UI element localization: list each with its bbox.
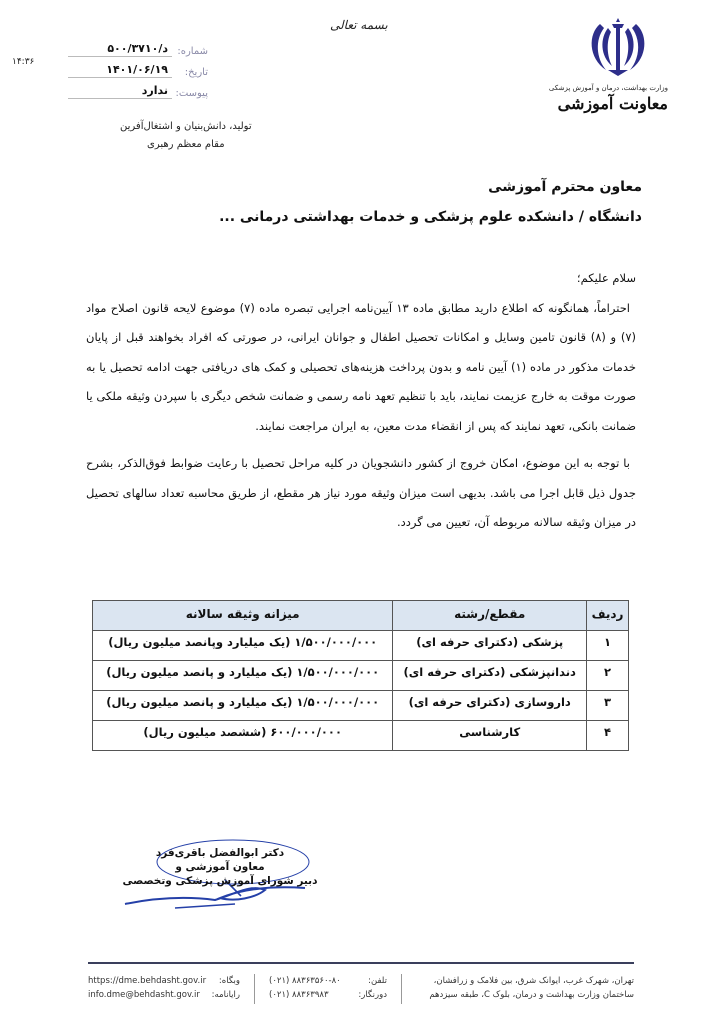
footer-separator bbox=[401, 974, 402, 1004]
fax-label: دورنگار: bbox=[358, 988, 387, 1002]
fax-value: (۰۲۱) ۸۸۳۶۳۹۸۳ bbox=[269, 988, 329, 1002]
date-label: تاریخ: bbox=[172, 67, 208, 78]
phone-value: (۰۲۱) ۸۸۳۶۳۵۶۰-۸۰ bbox=[269, 974, 341, 988]
footer-separator bbox=[254, 974, 255, 1004]
footer-web: https://dme.behdasht.gov.ir وبگاه: info.… bbox=[88, 970, 240, 1010]
table-row: ۲ دندانپزشکی (دکترای حرفه ای) ۱/۵۰۰/۰۰۰/… bbox=[93, 661, 629, 691]
table-header-row: ردیف مقطع/رشته میزانه وثیقه سالانه bbox=[93, 601, 629, 631]
attachment-label: پیوست: bbox=[172, 88, 208, 99]
addressee-organization: دانشگاه / دانشکده علوم پزشکی و خدمات بهد… bbox=[219, 202, 642, 232]
degree-field: داروسازی (دکترای حرفه ای) bbox=[393, 691, 587, 721]
signatory-title: دبیر شورای آموزش پزشکی وتخصصی bbox=[115, 874, 325, 888]
footer-divider bbox=[88, 962, 634, 964]
addressee-title: معاون محترم آموزشی bbox=[219, 172, 642, 202]
column-header-row-number: ردیف bbox=[587, 601, 629, 631]
signatory-name: دکتر ابوالفضل باقری‌فرد bbox=[115, 846, 325, 860]
guarantee-table: ردیف مقطع/رشته میزانه وثیقه سالانه ۱ پزش… bbox=[92, 600, 629, 751]
letter-date-row: تاریخ: ۱۴۰۱/۰۶/۱۹ bbox=[68, 57, 208, 78]
guarantee-amount: ۱/۵۰۰/۰۰۰/۰۰۰ (یک میلیارد و پانصد میلیون… bbox=[93, 661, 393, 691]
degree-field: پزشکی (دکترای حرفه ای) bbox=[393, 631, 587, 661]
letter-body: سلام علیکم؛ احتراماً، همانگونه که اطلاع … bbox=[86, 264, 636, 540]
table-row: ۱ پزشکی (دکترای حرفه ای) ۱/۵۰۰/۰۰۰/۰۰۰ (… bbox=[93, 631, 629, 661]
letter-footer: تهران، شهرک غرب، ایوانک شرق، بین فلامک و… bbox=[88, 970, 634, 1010]
body-paragraph: احتراماً، همانگونه که اطلاع دارید مطابق … bbox=[86, 294, 636, 442]
iran-emblem-icon bbox=[586, 16, 650, 78]
address-line: ساختمان وزارت بهداشت و درمان، بلوک C، طب… bbox=[416, 988, 634, 1002]
website-label: وبگاه: bbox=[219, 974, 240, 988]
row-number: ۱ bbox=[587, 631, 629, 661]
signatory: دکتر ابوالفضل باقری‌فرد معاون آموزشی و د… bbox=[115, 846, 325, 888]
greeting: سلام علیکم؛ bbox=[86, 264, 636, 294]
number-label: شماره: bbox=[172, 46, 208, 57]
column-header-annual-guarantee: میزانه وثیقه سالانه bbox=[93, 601, 393, 631]
signatory-title: معاون آموزشی و bbox=[115, 860, 325, 874]
bismillah: بسمه تعالی bbox=[330, 18, 388, 32]
email-link[interactable]: info.dme@behdasht.gov.ir bbox=[88, 988, 200, 1002]
number-value: د/۵۰۰/۳۷۱۰ bbox=[68, 42, 172, 57]
deputy-name: معاونت آموزشی bbox=[568, 94, 668, 113]
table-row: ۴ کارشناسی ۶۰۰/۰۰۰/۰۰۰ (ششصد میلیون ریال… bbox=[93, 721, 629, 751]
slogan-attribution: مقام معظم رهبری bbox=[120, 136, 252, 154]
row-number: ۴ bbox=[587, 721, 629, 751]
email-label: رایانامه: bbox=[212, 988, 240, 1002]
address-line: تهران، شهرک غرب، ایوانک شرق، بین فلامک و… bbox=[416, 974, 634, 988]
degree-field: کارشناسی bbox=[393, 721, 587, 751]
footer-phones: تلفن: (۰۲۱) ۸۸۳۶۳۵۶۰-۸۰ دورنگار: (۰۲۱) ۸… bbox=[269, 970, 387, 1010]
row-number: ۳ bbox=[587, 691, 629, 721]
letter-meta: شماره: د/۵۰۰/۳۷۱۰ تاریخ: ۱۴۰۱/۰۶/۱۹ پیوس… bbox=[68, 36, 208, 99]
year-slogan: تولید، دانش‌بنیان و اشتغال‌آفرین مقام مع… bbox=[120, 118, 252, 154]
slogan-line: تولید، دانش‌بنیان و اشتغال‌آفرین bbox=[120, 118, 252, 136]
attachment-value: ندارد bbox=[68, 84, 172, 99]
time-stamp: ۱۴:۳۶ bbox=[12, 57, 34, 67]
addressee: معاون محترم آموزشی دانشگاه / دانشکده علو… bbox=[219, 172, 642, 232]
official-letter: وزارت بهداشت، درمان و آموزش پزشکی معاونت… bbox=[0, 0, 722, 1024]
guarantee-amount: ۱/۵۰۰/۰۰۰/۰۰۰ (یک میلیارد و پانصد میلیون… bbox=[93, 691, 393, 721]
degree-field: دندانپزشکی (دکترای حرفه ای) bbox=[393, 661, 587, 691]
guarantee-amount: ۶۰۰/۰۰۰/۰۰۰ (ششصد میلیون ریال) bbox=[93, 721, 393, 751]
website-link[interactable]: https://dme.behdasht.gov.ir bbox=[88, 974, 206, 988]
table-row: ۳ داروسازی (دکترای حرفه ای) ۱/۵۰۰/۰۰۰/۰۰… bbox=[93, 691, 629, 721]
footer-address: تهران، شهرک غرب، ایوانک شرق، بین فلامک و… bbox=[416, 970, 634, 1010]
ministry-logo: وزارت بهداشت، درمان و آموزش پزشکی معاونت… bbox=[568, 16, 668, 113]
phone-label: تلفن: bbox=[368, 974, 387, 988]
date-value: ۱۴۰۱/۰۶/۱۹ bbox=[68, 63, 172, 78]
signature-block: دکتر ابوالفضل باقری‌فرد معاون آموزشی و د… bbox=[115, 838, 335, 918]
body-paragraph: با توجه به این موضوع، امکان خروج از کشور… bbox=[86, 449, 636, 538]
letter-number-row: شماره: د/۵۰۰/۳۷۱۰ bbox=[68, 36, 208, 57]
guarantee-amount: ۱/۵۰۰/۰۰۰/۰۰۰ (یک میلیارد وپانصد میلیون … bbox=[93, 631, 393, 661]
row-number: ۲ bbox=[587, 661, 629, 691]
column-header-degree: مقطع/رشته bbox=[393, 601, 587, 631]
ministry-name: وزارت بهداشت، درمان و آموزش پزشکی bbox=[568, 84, 668, 92]
letter-attachment-row: پیوست: ندارد bbox=[68, 78, 208, 99]
